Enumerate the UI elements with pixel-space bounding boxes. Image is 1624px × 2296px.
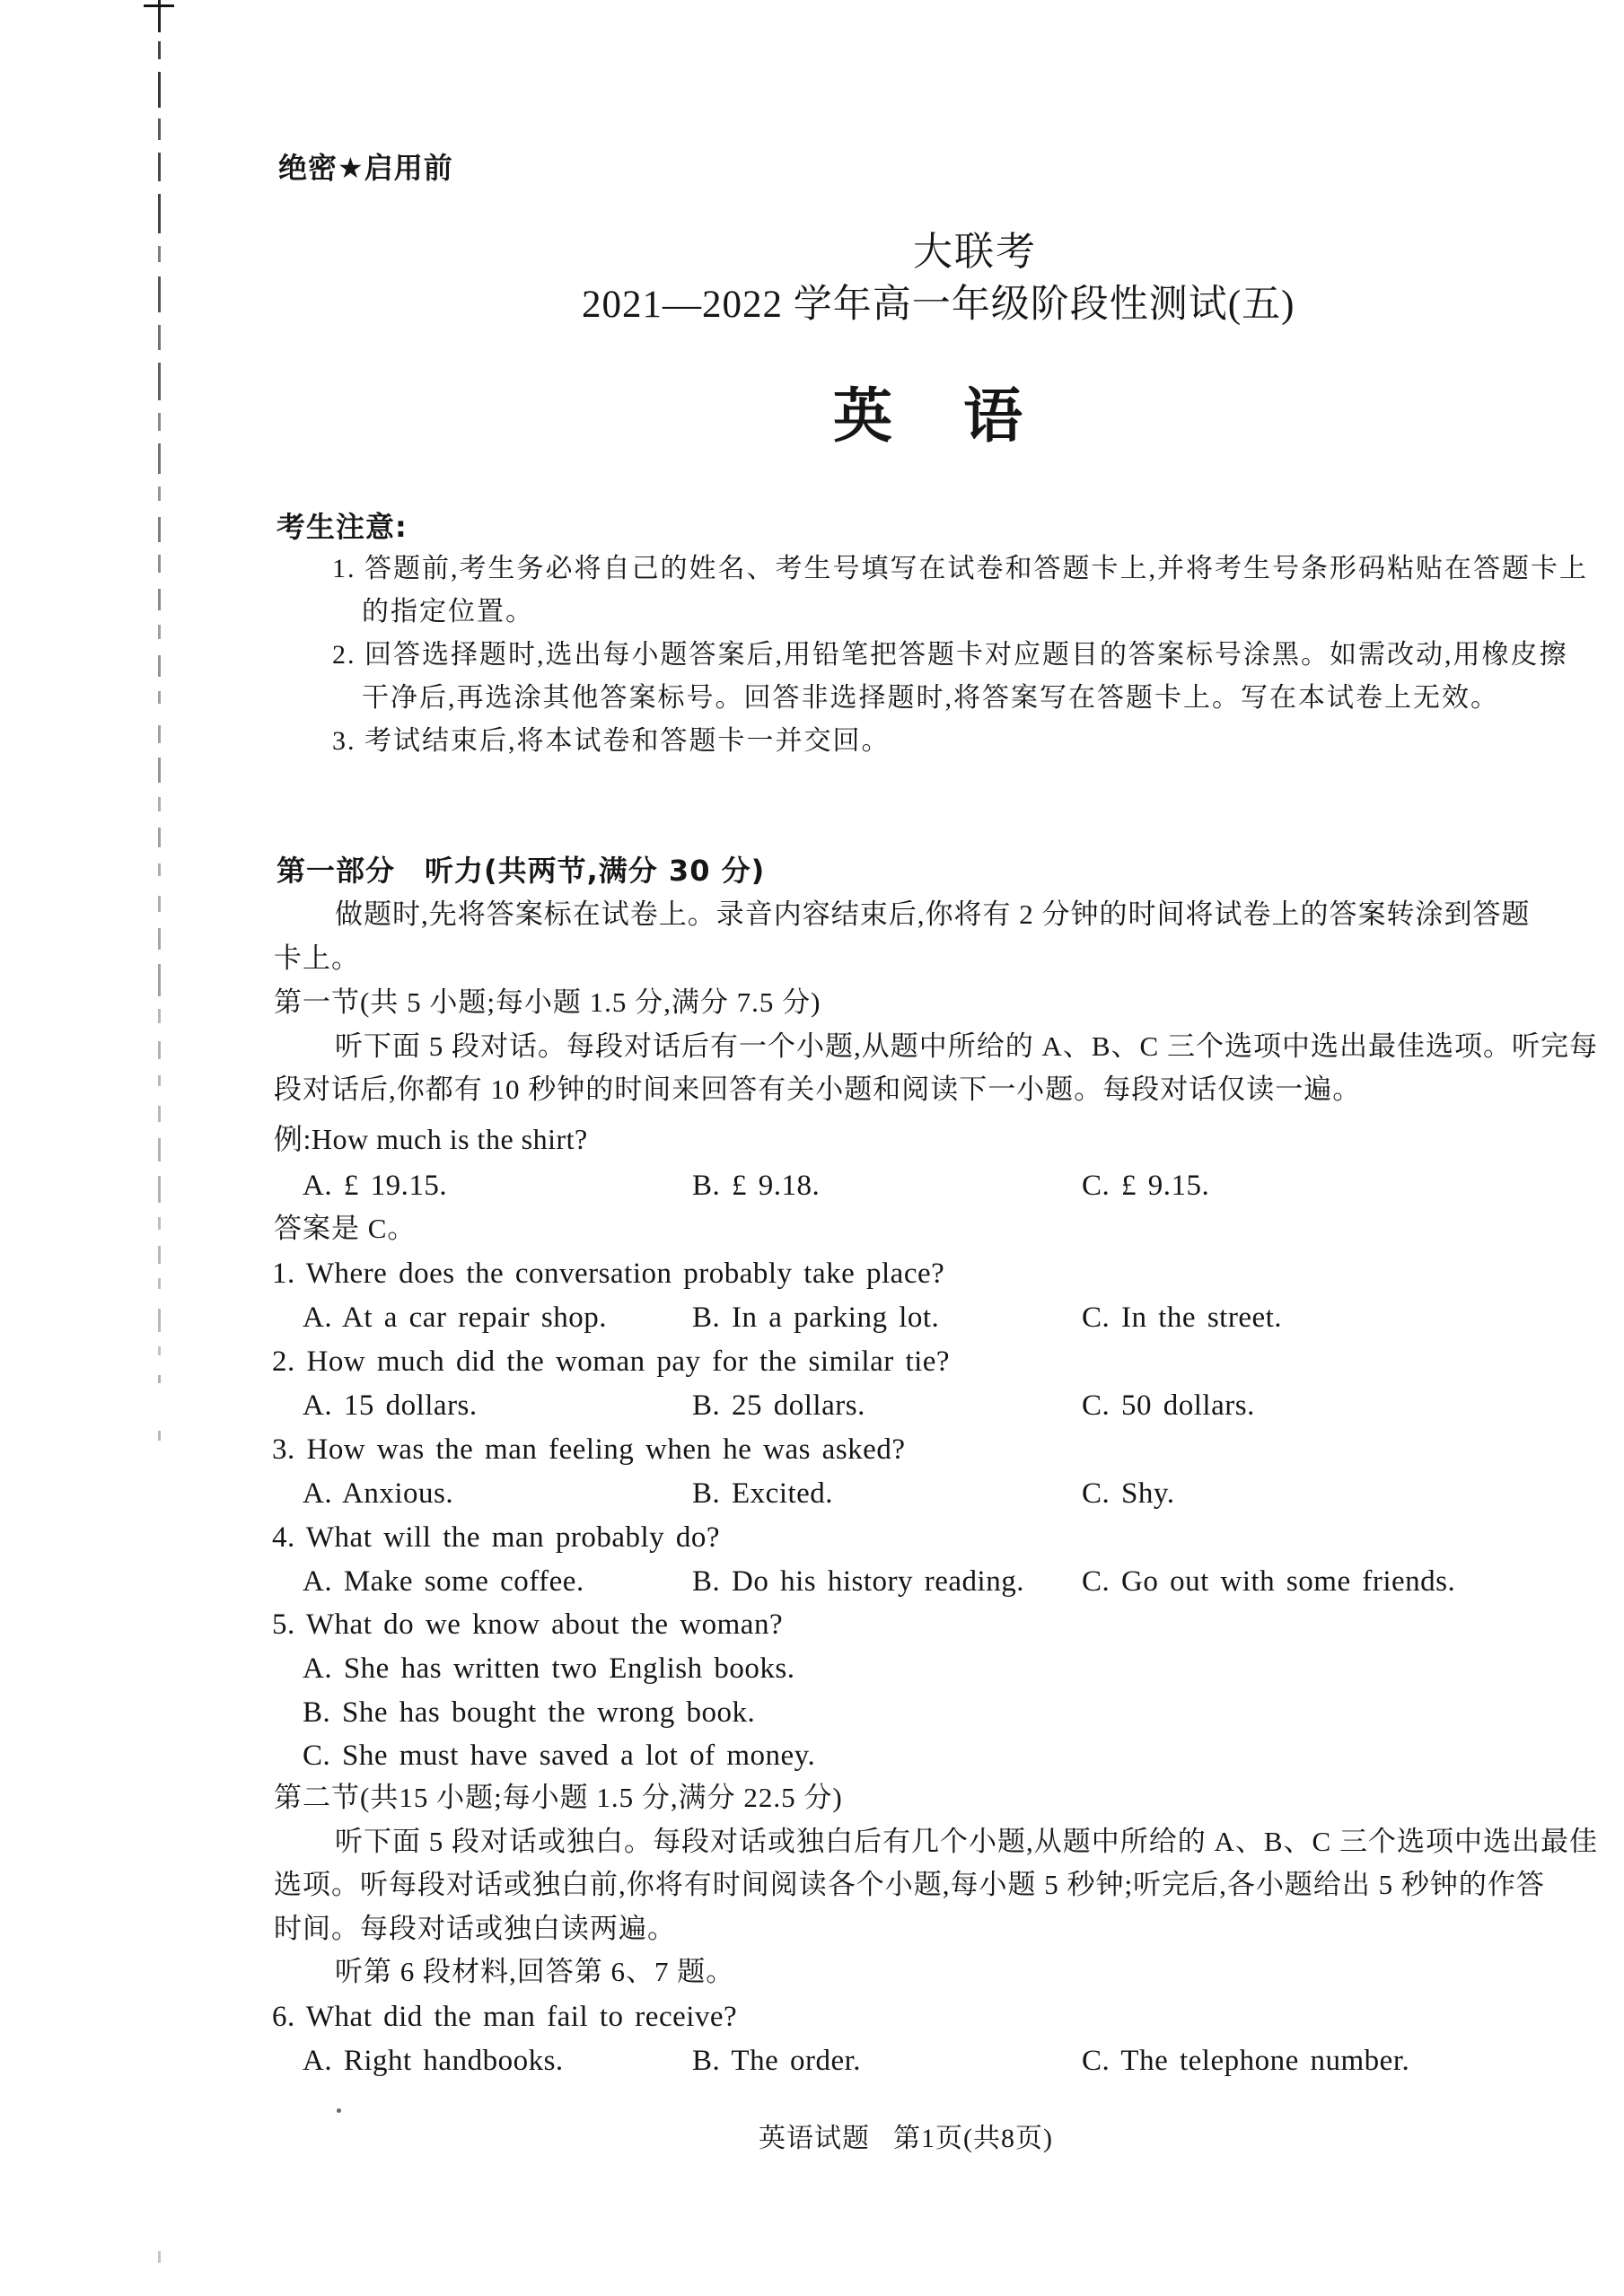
- question-3-option-b: B. Excited.: [692, 1477, 833, 1511]
- subject-title-char-1: 英: [833, 384, 896, 451]
- part1-heading: 第一部分 听力(共两节,满分 30 分): [277, 855, 765, 888]
- question-6-option-c: C. The telephone number.: [1082, 2045, 1409, 2078]
- binding-mark: [158, 1176, 161, 1203]
- question-4: 4. What will the man probably do?: [272, 1521, 720, 1555]
- binding-mark: [158, 691, 161, 704]
- section2-instructions-line-3: 时间。每段对话或独白读两遍。: [274, 1914, 676, 1945]
- binding-mark: [158, 1246, 161, 1264]
- binding-mark: [158, 2251, 161, 2263]
- footer-page-label: 第1页(共8页): [893, 2124, 1053, 2154]
- section1-instructions-line-1: 听下面 5 段对话。每段对话后有一个小题,从题中所给的 A、B、C 三个选项中选…: [335, 1031, 1598, 1063]
- section2-heading: 第二节(共15 小题;每小题 1.5 分,满分 22.5 分): [274, 1783, 843, 1814]
- secret-label: 绝密★启用前: [278, 153, 453, 185]
- binding-mark: [158, 1075, 161, 1086]
- binding-mark: [158, 246, 161, 262]
- question-4-option-c: C. Go out with some friends.: [1082, 1565, 1455, 1599]
- binding-mark: [158, 363, 161, 400]
- notice-item-1-line-2: 的指定位置。: [362, 597, 534, 627]
- binding-mark: [158, 1138, 161, 1161]
- binding-mark: [158, 72, 161, 108]
- binding-mark: [158, 1217, 161, 1230]
- binding-mark: [158, 725, 161, 743]
- notice-item-2-line-1: 2. 回答选择题时,选出每小题答案后,用铅笔把答题卡对应题目的答案标号涂黑。如需…: [332, 640, 1568, 670]
- binding-mark: [158, 1431, 161, 1441]
- notice-item-3: 3. 考试结束后,将本试卷和答题卡一并交回。: [332, 726, 891, 757]
- binding-mark: [158, 655, 161, 677]
- question-1: 1. Where does the conversation probably …: [272, 1258, 944, 1291]
- question-5-option-a: A. She has written two English books.: [303, 1652, 794, 1686]
- question-5-option-c: C. She must have saved a lot of money.: [303, 1740, 815, 1773]
- question-6: 6. What did the man fail to receive?: [272, 2001, 737, 2034]
- question-1-option-c: C. In the street.: [1082, 1301, 1282, 1335]
- question-6-option-a: A. Right handbooks.: [303, 2045, 564, 2078]
- ink-dot-artifact: [337, 2108, 341, 2113]
- binding-mark: [158, 194, 161, 233]
- binding-mark: [158, 964, 161, 996]
- exam-series-title: 大联考: [913, 230, 1037, 274]
- binding-mark: [158, 863, 161, 876]
- subject-title-char-2: 语: [963, 384, 1026, 451]
- binding-mark: [158, 118, 161, 140]
- binding-mark: [158, 1375, 161, 1383]
- exam-session-title: 2021—2022 学年高一年级阶段性测试(五): [582, 284, 1295, 327]
- binding-mark: [158, 928, 161, 950]
- question-3: 3. How was the man feeling when he was a…: [272, 1433, 905, 1467]
- part1-intro-line-2: 卡上。: [274, 943, 360, 975]
- material-6-prompt: 听第 6 段材料,回答第 6、7 题。: [335, 1957, 734, 1988]
- notice-heading: 考生注意:: [277, 512, 408, 544]
- binding-mark: [158, 517, 161, 542]
- part1-intro-line-1: 做题时,先将答案标在试卷上。录音内容结束后,你将有 2 分钟的时间将试卷上的答案…: [335, 899, 1531, 931]
- footer-doc-label: 英语试题: [759, 2124, 870, 2154]
- question-2-option-b: B. 25 dollars.: [692, 1389, 865, 1423]
- example-answer-note: 答案是 C。: [274, 1214, 416, 1245]
- section1-heading: 第一节(共 5 小题;每小题 1.5 分,满分 7.5 分): [274, 987, 821, 1019]
- example-question: 例:How much is the shirt?: [274, 1124, 588, 1156]
- question-1-option-b: B. In a parking lot.: [692, 1301, 939, 1335]
- binding-mark: [158, 625, 161, 639]
- binding-mark: [158, 589, 161, 610]
- binding-mark: [158, 758, 161, 783]
- binding-mark: [158, 413, 161, 431]
- question-4-option-b: B. Do his history reading.: [692, 1565, 1024, 1599]
- notice-item-1-line-1: 1. 答题前,考生务必将自己的姓名、考生号填写在试卷和答题卡上,并将考生号条形码…: [332, 554, 1588, 584]
- notice-item-2-line-2: 干净后,再选涂其他答案标号。回答非选择题时,将答案写在答题卡上。写在本试卷上无效…: [362, 683, 1499, 714]
- example-option-a: A. £ 19.15.: [303, 1170, 447, 1203]
- binding-mark: [158, 555, 161, 573]
- section2-instructions-line-1: 听下面 5 段对话或独白。每段对话或独白后有几个小题,从题中所给的 A、B、C …: [335, 1827, 1598, 1858]
- question-2: 2. How much did the woman pay for the si…: [272, 1345, 950, 1379]
- question-2-option-a: A. 15 dollars.: [303, 1389, 478, 1423]
- binding-mark: [158, 1106, 161, 1122]
- question-2-option-c: C. 50 dollars.: [1082, 1389, 1255, 1423]
- scan-edge-tick: [144, 4, 174, 7]
- question-5: 5. What do we know about the woman?: [272, 1608, 783, 1642]
- binding-mark: [158, 486, 161, 501]
- binding-mark: [158, 797, 161, 811]
- question-1-option-a: A. At a car repair shop.: [303, 1301, 607, 1335]
- binding-mark: [158, 153, 161, 181]
- exam-paper-page: 绝密★启用前大联考2021—2022 学年高一年级阶段性测试(五)英语考生注意:…: [0, 0, 1624, 2296]
- section2-instructions-line-2: 选项。听每段对话或独白前,你将有时间阅读各个小题,每小题 5 秒钟;听完后,各小…: [274, 1870, 1545, 1901]
- binding-mark: [158, 443, 161, 474]
- binding-mark: [158, 1346, 161, 1355]
- question-6-option-b: B. The order.: [692, 2045, 861, 2078]
- section1-instructions-line-2: 段对话后,你都有 10 秒钟的时间来回答有关小题和阅读下一小题。每段对话仅读一遍…: [274, 1074, 1361, 1106]
- binding-mark: [158, 1041, 161, 1059]
- binding-mark: [158, 896, 161, 912]
- example-option-b: B. £ 9.18.: [692, 1170, 820, 1203]
- binding-mark: [158, 41, 161, 59]
- question-4-option-a: A. Make some coffee.: [303, 1565, 584, 1599]
- question-5-option-b: B. She has bought the wrong book.: [303, 1696, 755, 1730]
- binding-mark: [158, 1309, 161, 1332]
- binding-mark: [158, 1009, 161, 1023]
- binding-mark: [158, 276, 161, 312]
- example-option-c: C. £ 9.15.: [1082, 1170, 1209, 1203]
- binding-mark: [158, 1278, 161, 1289]
- question-3-option-c: C. Shy.: [1082, 1477, 1174, 1511]
- question-3-option-a: A. Anxious.: [303, 1477, 453, 1511]
- binding-mark: [158, 325, 161, 350]
- binding-mark: [158, 828, 161, 847]
